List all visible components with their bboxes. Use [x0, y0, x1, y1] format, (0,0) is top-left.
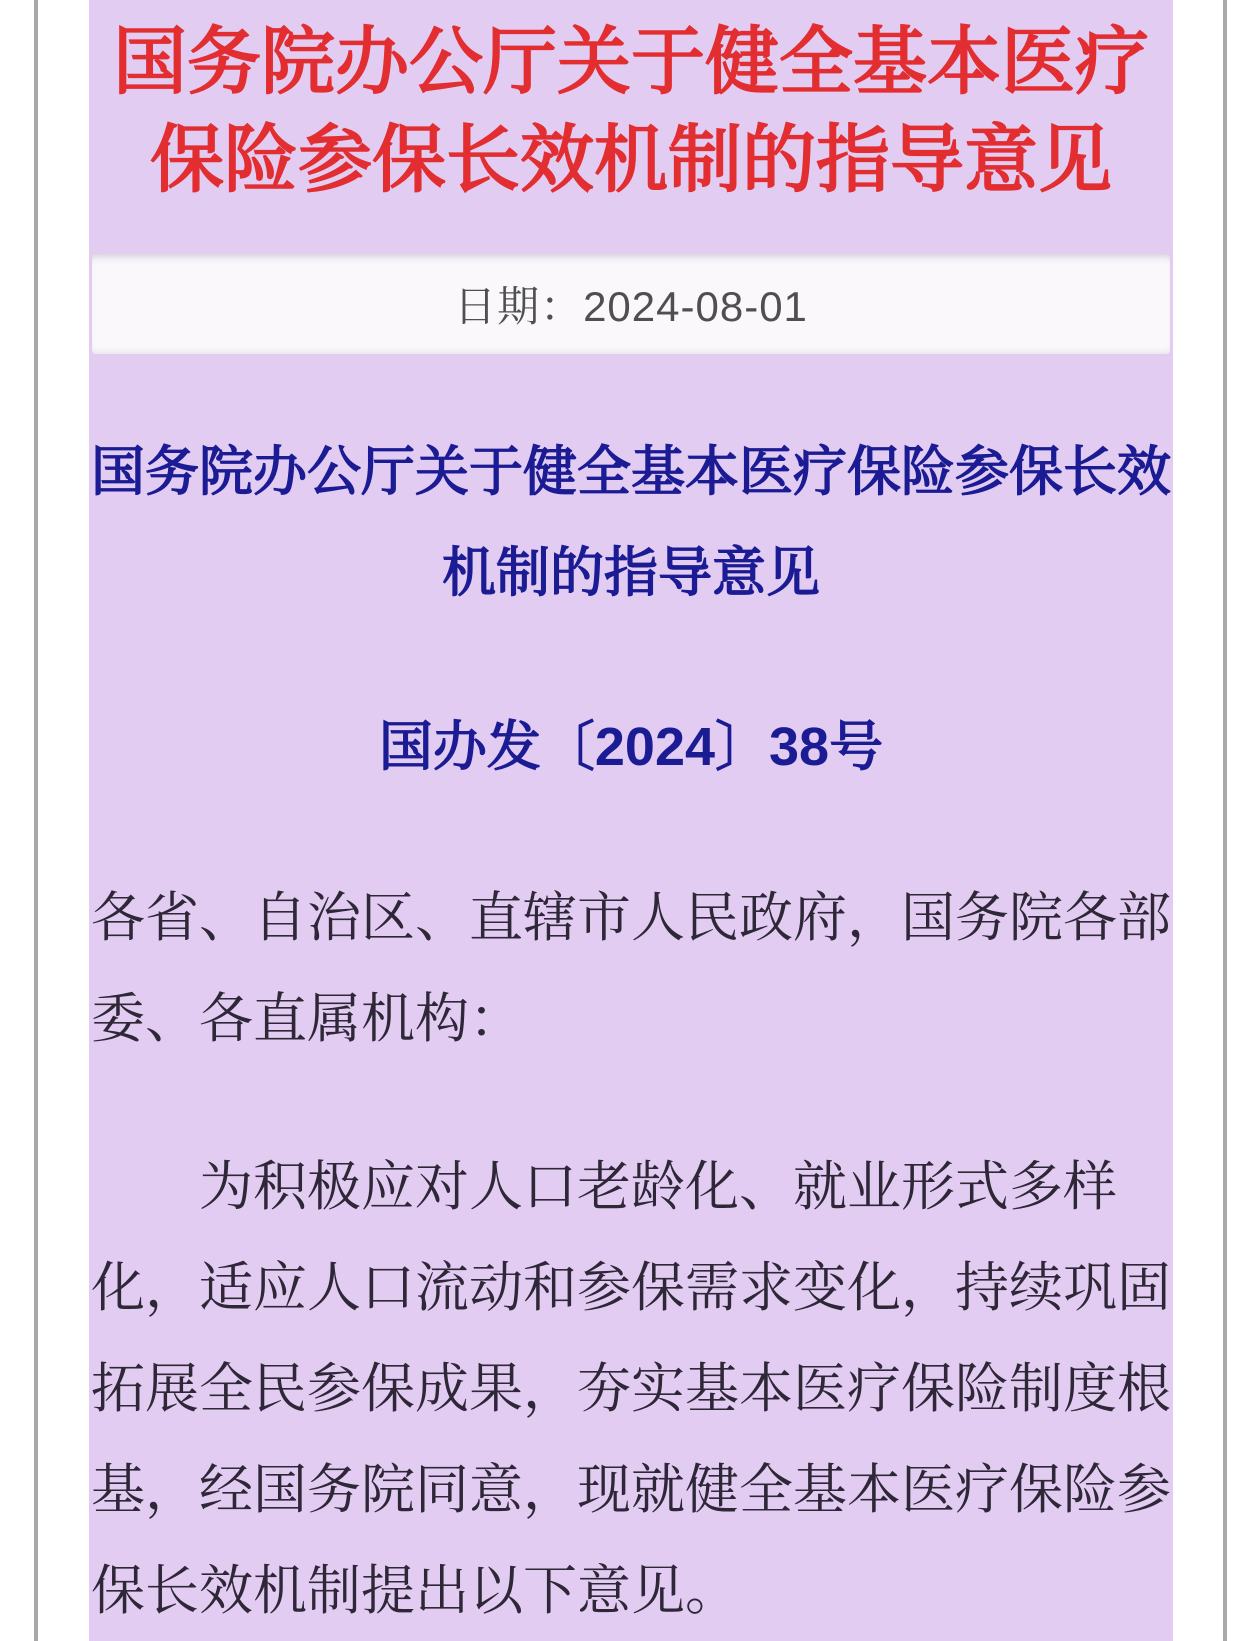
document-heading: 国务院办公厅关于健全基本医疗保险参保长效 机制的指导意见	[91, 422, 1171, 624]
document-heading-line-2: 机制的指导意见	[91, 523, 1171, 624]
paragraph: 为积极应对人口老龄化、就业形式多样 化，适应人口流动和参保需求变化，持续巩固 拓…	[91, 1137, 1171, 1641]
salutation: 各省、自治区、直辖市人民政府，国务院各部 委、各直属机构：	[91, 868, 1171, 1070]
salutation-line: 委、各直属机构：	[91, 969, 1171, 1070]
date-bar: 日期：2024-08-01	[92, 253, 1170, 354]
banner-title-line-1: 国务院办公厅关于健全基本医疗	[89, 13, 1173, 111]
document-heading-line-1: 国务院办公厅关于健全基本医疗保险参保长效	[91, 422, 1171, 523]
document-body: 国务院办公厅关于健全基本医疗保险参保长效 机制的指导意见 国办发〔2024〕38…	[89, 354, 1173, 1641]
paragraph-line: 为积极应对人口老龄化、就业形式多样	[91, 1137, 1171, 1238]
document-number: 国办发〔2024〕38号	[91, 697, 1171, 798]
paragraph-line: 基，经国务院同意，现就健全基本医疗保险参	[91, 1440, 1171, 1541]
banner-title-line-2: 保险参保长效机制的指导意见	[89, 111, 1173, 209]
document-card: 国务院办公厅关于健全基本医疗 保险参保长效机制的指导意见 日期：2024-08-…	[89, 0, 1173, 1641]
paragraph-line: 保长效机制提出以下意见。	[91, 1541, 1171, 1641]
paragraph-line: 拓展全民参保成果，夯实基本医疗保险制度根	[91, 1339, 1171, 1440]
left-page-rule	[34, 0, 38, 1641]
salutation-line: 各省、自治区、直辖市人民政府，国务院各部	[91, 868, 1171, 969]
page-background: 国务院办公厅关于健全基本医疗 保险参保长效机制的指导意见 日期：2024-08-…	[0, 0, 1260, 1641]
right-page-rule	[1223, 0, 1227, 1641]
paragraph-line: 化，适应人口流动和参保需求变化，持续巩固	[91, 1238, 1171, 1339]
date-label: 日期：2024-08-01	[454, 274, 808, 334]
banner: 国务院办公厅关于健全基本医疗 保险参保长效机制的指导意见	[89, 0, 1173, 253]
